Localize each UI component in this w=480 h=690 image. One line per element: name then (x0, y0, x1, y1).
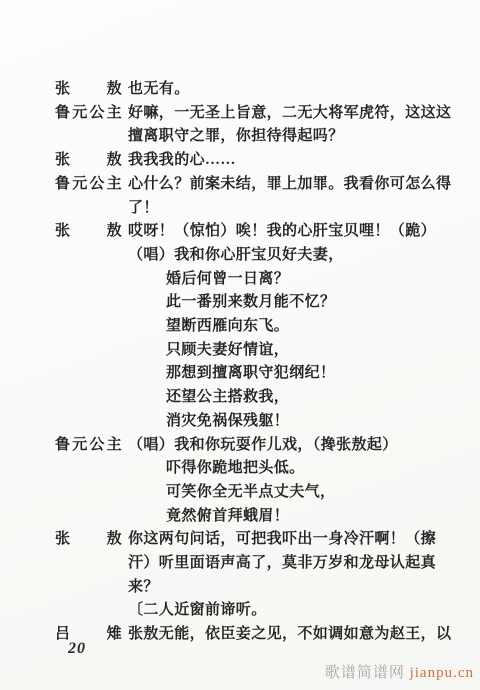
speaker-label: 张敖 (55, 527, 122, 548)
watermark-site-name: 歌谱简谱网 (325, 665, 405, 681)
watermark-site-url: jianpu.cn (410, 665, 474, 681)
speaker-label: 鲁元公主 (55, 101, 122, 122)
verse-line-text: 此一番别来数月能不忆？ (166, 290, 335, 311)
dialogue-text: 我我我的心…… (128, 148, 236, 169)
dialogue-text: 〔二人近窗前谛听。 (128, 598, 267, 619)
dialogue-text: 汗）听里面语声高了，莫非万岁和龙母认起真 (128, 551, 436, 572)
scanned-script-page: 张敖也无有。鲁元公主好嘛，一无圣上旨意，二无大将军虎符，这这这擅离职守之罪，你担… (0, 0, 480, 690)
verse-line-text: 可笑你全无半点丈夫气， (166, 480, 335, 501)
watermark: 歌谱简谱网 jianpu.cn (325, 661, 474, 682)
script-line: 来？ (0, 575, 480, 597)
script-line: 张敖哎呀！（惊怕）唉！我的心肝宝贝哩！（跪） (0, 219, 480, 241)
script-line: 擅离职守之罪，你担待得起吗？ (0, 124, 480, 146)
speaker-label: 张敖 (55, 219, 122, 240)
script-line: 那想到擅离职守犯纲纪！ (0, 361, 480, 383)
script-line: 吓得你跪地把头低。 (0, 456, 480, 478)
dialogue-text: （唱）我和你玩耍作儿戏，（搀张敖起） (128, 433, 398, 454)
dialogue-text: 了！ (128, 196, 159, 217)
script-line: 汗）听里面语声高了，莫非万岁和龙母认起真 (0, 551, 480, 573)
speaker-label: 吕雉 (55, 622, 122, 643)
page-number: 20 (68, 640, 86, 658)
script-line: 望断西雁向东飞。 (0, 314, 480, 336)
script-line: 鲁元公主（唱）我和你玩耍作儿戏，（搀张敖起） (0, 433, 480, 455)
dialogue-text: 张敖无能，依臣妾之见，不如调如意为赵王，以 (128, 622, 451, 643)
script-line: 张敖我我我的心…… (0, 148, 480, 170)
verse-line-text: 竟然俯首拜蛾眉！ (166, 504, 289, 525)
script-line: 张敖你这两句问话，可把我吓出一身冷汗啊！（擦 (0, 527, 480, 549)
script-line: 竟然俯首拜蛾眉！ (0, 504, 480, 526)
script-line: 此一番别来数月能不忆？ (0, 290, 480, 312)
script-line: 婚后何曾一日离？ (0, 267, 480, 289)
verse-line-text: 婚后何曾一日离？ (166, 267, 289, 288)
script-line: 鲁元公主心什么？前案未结，罪上加罪。我看你可怎么得 (0, 172, 480, 194)
script-line: （唱）我和你心肝宝贝好夫妻， (0, 243, 480, 265)
verse-line-text: 只顾夫妻好情谊， (166, 338, 289, 359)
script-line: 消灾免祸保残躯！ (0, 409, 480, 431)
dialogue-text: 来？ (128, 575, 159, 596)
script-line: 鲁元公主好嘛，一无圣上旨意，二无大将军虎符，这这这 (0, 101, 480, 123)
speaker-label: 张敖 (55, 77, 122, 98)
script-text-block: 张敖也无有。鲁元公主好嘛，一无圣上旨意，二无大将军虎符，这这这擅离职守之罪，你担… (0, 0, 480, 690)
script-line: 〔二人近窗前谛听。 (0, 598, 480, 620)
dialogue-text: 你这两句问话，可把我吓出一身冷汗啊！（擦 (128, 527, 436, 548)
dialogue-text: 擅离职守之罪，你担待得起吗？ (128, 124, 344, 145)
script-line: 只顾夫妻好情谊， (0, 338, 480, 360)
speaker-label: 鲁元公主 (55, 172, 122, 193)
dialogue-text: 也无有。 (128, 77, 190, 98)
speaker-label: 张敖 (55, 148, 122, 169)
verse-line-text: 消灾免祸保残躯！ (166, 409, 289, 430)
dialogue-text: （唱）我和你心肝宝贝好夫妻， (128, 243, 344, 264)
dialogue-text: 好嘛，一无圣上旨意，二无大将军虎符，这这这 (128, 101, 451, 122)
script-line: 可笑你全无半点丈夫气， (0, 480, 480, 502)
script-line: 了！ (0, 196, 480, 218)
dialogue-text: 哎呀！（惊怕）唉！我的心肝宝贝哩！（跪） (128, 219, 436, 240)
script-line: 张敖也无有。 (0, 77, 480, 99)
dialogue-text: 心什么？前案未结，罪上加罪。我看你可怎么得 (128, 172, 451, 193)
speaker-label: 鲁元公主 (55, 433, 122, 454)
verse-line-text: 望断西雁向东飞。 (166, 314, 289, 335)
verse-line-text: 还望公主搭救我， (166, 385, 289, 406)
verse-line-text: 那想到擅离职守犯纲纪！ (166, 361, 335, 382)
script-line: 还望公主搭救我， (0, 385, 480, 407)
verse-line-text: 吓得你跪地把头低。 (166, 456, 305, 477)
